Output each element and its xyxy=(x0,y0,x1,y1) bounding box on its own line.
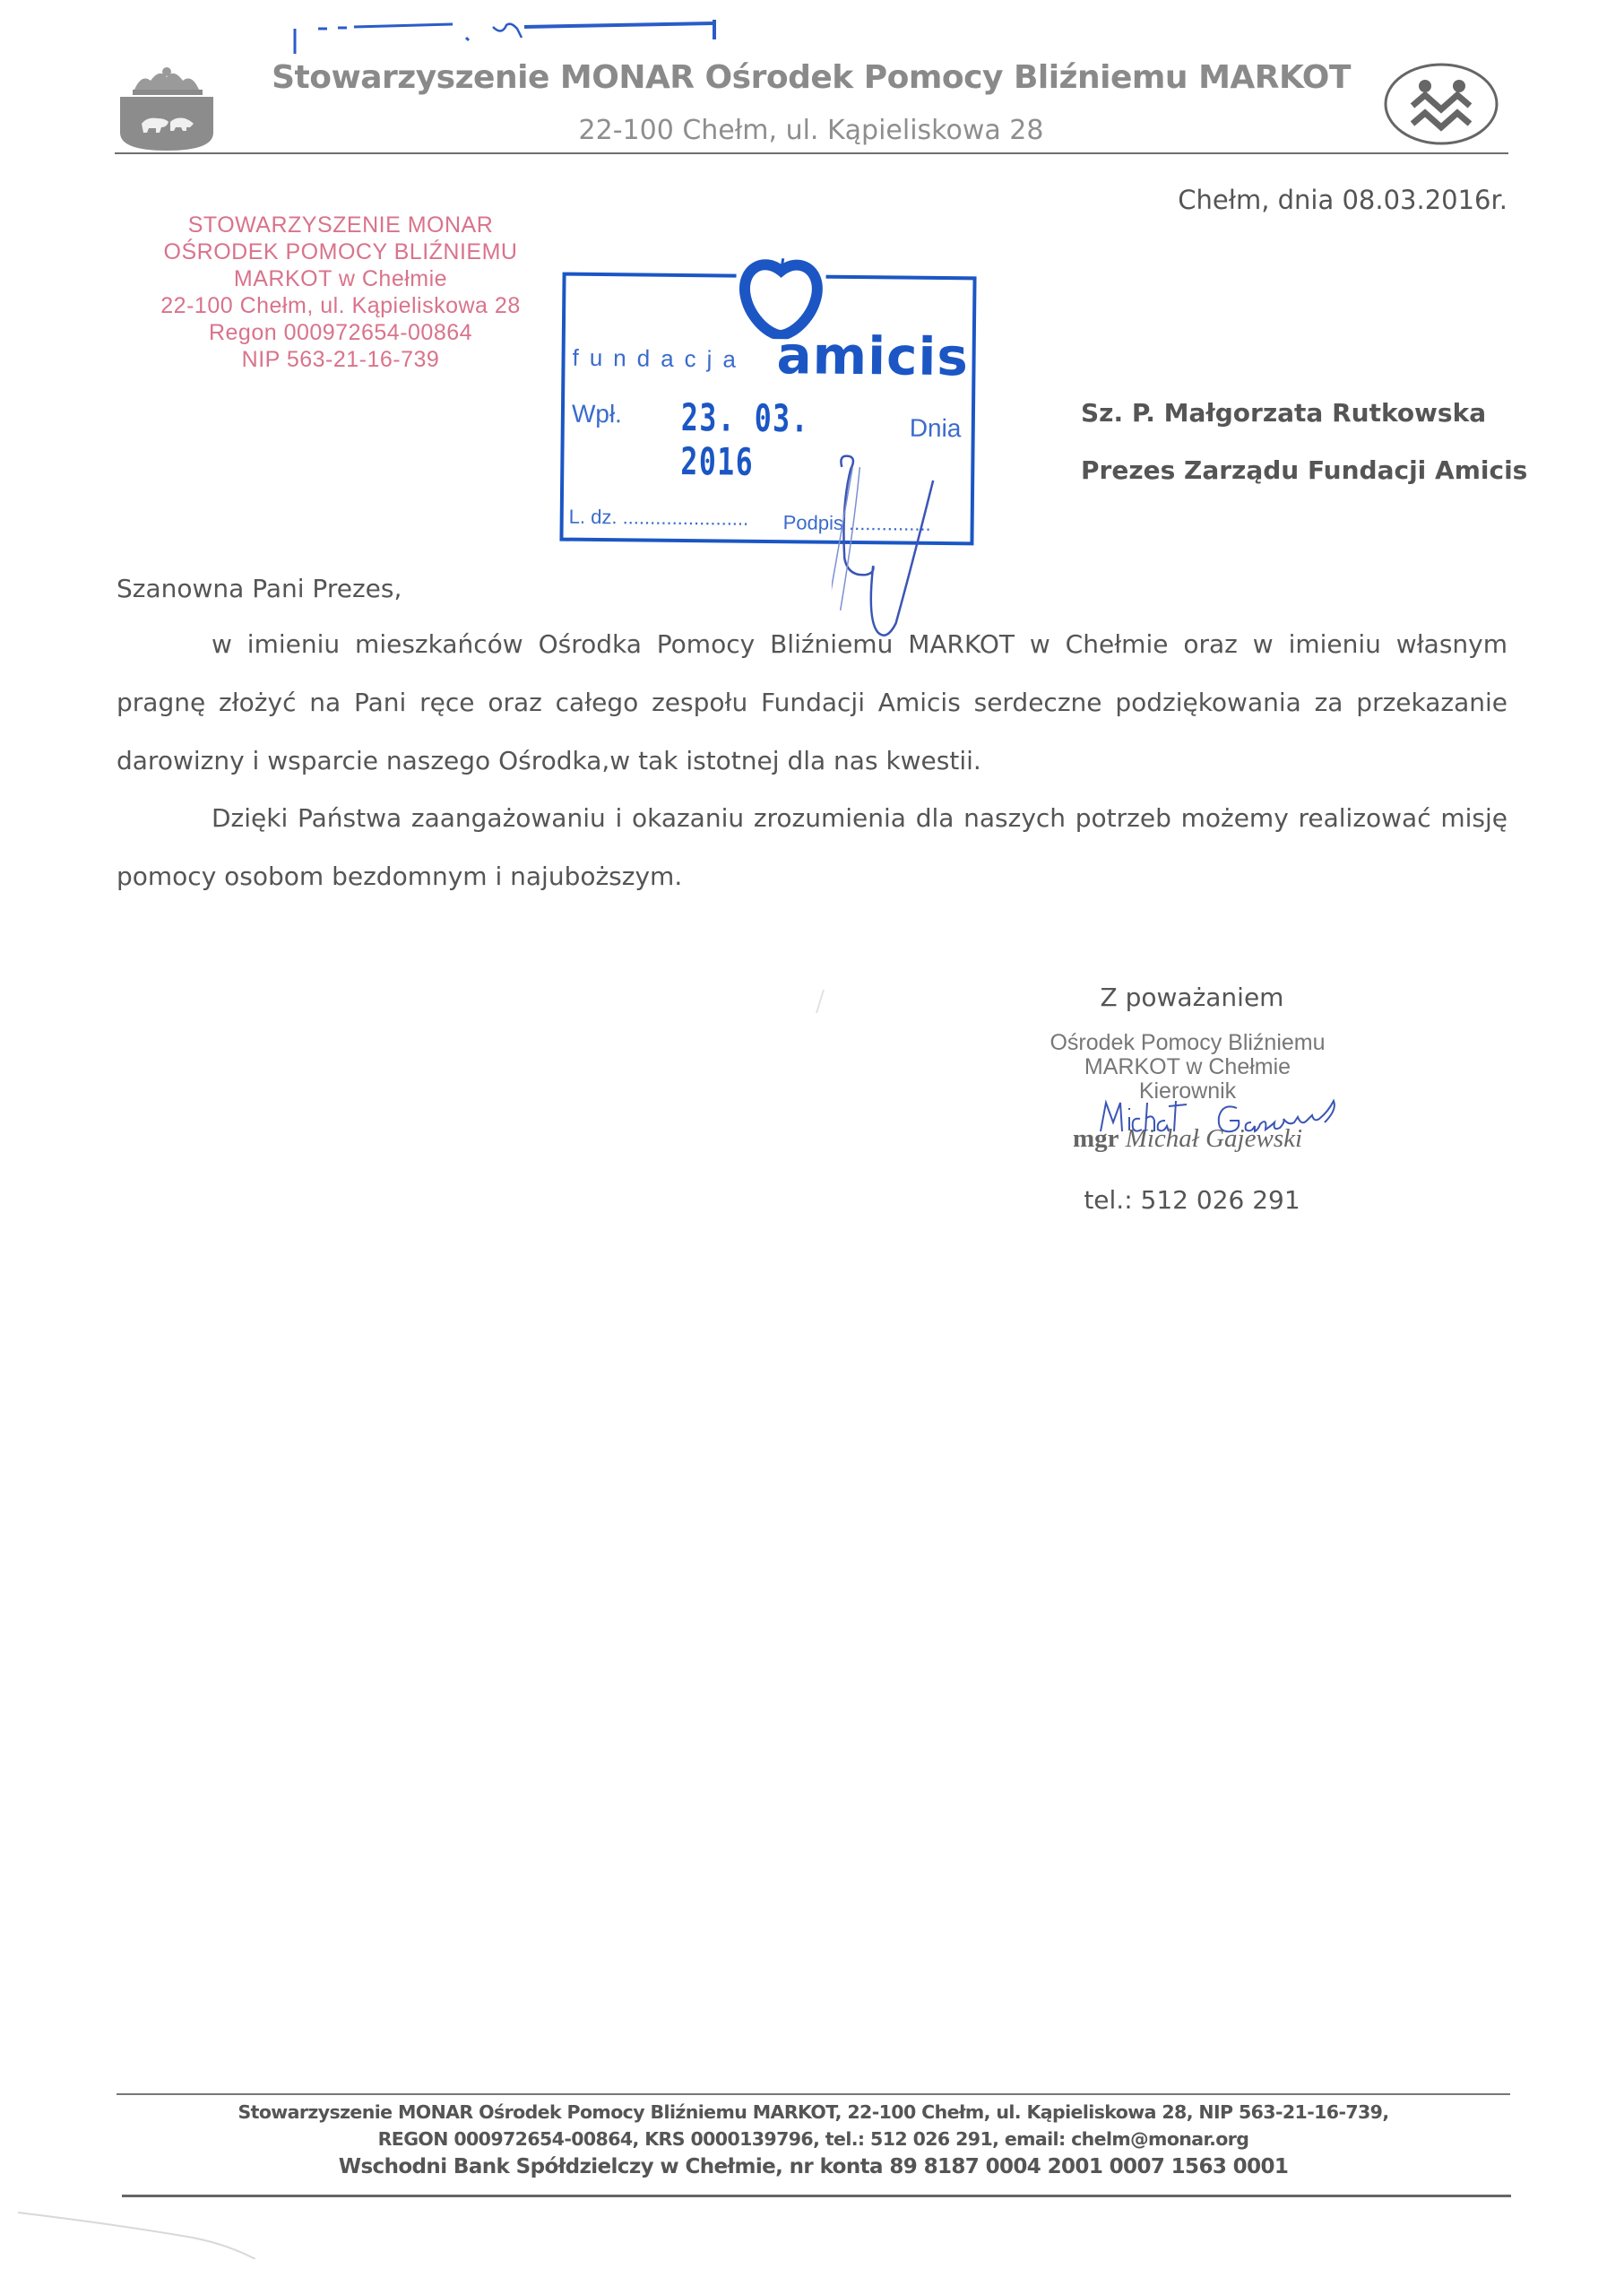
coat-of-arms-icon xyxy=(115,63,219,152)
handwritten-signature xyxy=(1093,1096,1389,1149)
signature-stamp-line: MARKOT w Chełmie xyxy=(968,1055,1407,1079)
scan-artifact xyxy=(13,2205,255,2259)
red-stamp-line: MARKOT w Chełmie xyxy=(125,265,556,292)
footer-bank-line: Wschodni Bank Spółdzielczy w Chełmie, nr… xyxy=(117,2155,1510,2178)
footer-divider-top xyxy=(117,2093,1510,2095)
body-paragraph: Dzięki Państwa zaangażowaniu i okazaniu … xyxy=(117,789,1507,905)
footer-registry-line: REGON 000972654-00864, KRS 0000139796, t… xyxy=(117,2128,1510,2150)
red-stamp-line: Regon 000972654-00864 xyxy=(125,319,556,346)
stamp-received-label: Wpł. xyxy=(572,400,622,429)
organization-address: 22-100 Chełm, ul. Kąpieliskowa 28 xyxy=(229,115,1394,146)
stamp-amicis-brand: amicis xyxy=(776,325,969,387)
red-stamp-line: NIP 563-21-16-739 xyxy=(125,346,556,373)
signature-stamp-line: Ośrodek Pomocy Bliźniemu xyxy=(968,1031,1407,1055)
contact-phone: tel.: 512 026 291 xyxy=(995,1185,1389,1215)
scan-artifact xyxy=(811,986,829,1022)
footer-address-line: Stowarzyszenie MONAR Ośrodek Pomocy Bliź… xyxy=(117,2101,1510,2123)
closing-regards: Z poważaniem xyxy=(995,983,1389,1012)
received-stamp: fundacja amicis Wpł. 23. 03. 2016 Dnia L… xyxy=(559,273,976,546)
document-date: Chełm, dnia 08.03.2016r. xyxy=(1178,185,1507,215)
recipient-title: Prezes Zarządu Fundacji Amicis xyxy=(1081,455,1527,485)
organization-red-stamp: STOWARZYSZENIE MONAR OŚRODEK POMOCY BLIŹ… xyxy=(125,212,556,373)
footer-divider-bottom xyxy=(122,2195,1511,2197)
recipient-name: Sz. P. Małgorzata Rutkowska xyxy=(1081,398,1486,428)
body-paragraph: w imieniu mieszkańców Ośrodka Pomocy Bli… xyxy=(117,615,1507,790)
stamp-fundacja-label: fundacja xyxy=(572,344,747,374)
red-stamp-line: STOWARZYSZENIE MONAR xyxy=(125,212,556,238)
salutation: Szanowna Pani Prezes, xyxy=(117,574,1507,603)
stamp-register-label: L. dz. ....................... xyxy=(569,506,749,531)
red-stamp-line: OŚRODEK POMOCY BLIŹNIEMU xyxy=(125,238,556,265)
organization-name: Stowarzyszenie MONAR Ośrodek Pomocy Bliź… xyxy=(229,59,1394,96)
monar-logo-icon xyxy=(1380,61,1502,147)
header-divider xyxy=(115,152,1508,154)
red-stamp-line: 22-100 Chełm, ul. Kąpieliskowa 28 xyxy=(125,292,556,319)
handwritten-mark xyxy=(291,11,721,56)
